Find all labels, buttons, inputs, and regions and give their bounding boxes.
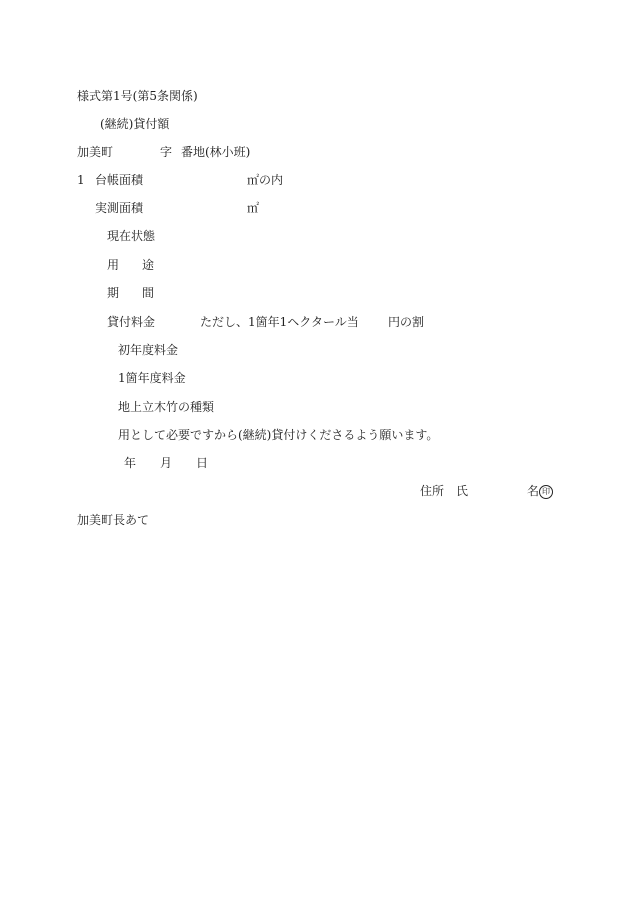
form-number: 様式第1号(第5条関係): [77, 89, 198, 103]
addressee: 加美町長あて: [77, 513, 149, 527]
annual-fee-label: 1箇年度料金: [118, 371, 186, 385]
ledger-area-unit: ㎡の内: [247, 173, 283, 187]
date-day: 日: [196, 456, 208, 470]
ledger-area-label: 台帳面積: [95, 173, 143, 187]
location-aza: 字: [160, 145, 172, 159]
first-year-fee-label: 初年度料金: [118, 343, 178, 357]
location-banchi: 番地(林小班): [181, 145, 250, 159]
date-month: 月: [160, 456, 172, 470]
seal-icon: 印: [539, 485, 553, 499]
applicant-name-suffix: 名印: [527, 484, 553, 499]
measured-area-unit: ㎡: [247, 201, 259, 215]
location-town: 加美町: [77, 145, 113, 159]
date-year: 年: [124, 456, 136, 470]
measured-area-label: 実測面積: [95, 201, 143, 215]
period-label-1: 期: [107, 286, 119, 300]
standing-trees-label: 地上立木竹の種類: [118, 400, 214, 414]
rental-fee-suffix: 円の割: [388, 315, 424, 329]
request-sentence: 用として必要ですから(継続)貸付けくださるよう願います。: [118, 428, 438, 442]
form-title: (継続)貸付額: [100, 117, 169, 131]
period-label-2: 間: [142, 286, 154, 300]
name-suffix-text: 名: [527, 484, 539, 498]
rental-fee-label: 貸付料金: [107, 315, 155, 329]
applicant-address-name: 住所 氏: [420, 484, 468, 498]
usage-label-2: 途: [142, 258, 154, 272]
current-status-label: 現在状態: [107, 229, 155, 243]
usage-label-1: 用: [107, 258, 119, 272]
rental-fee-note: ただし、1箇年1ヘクタール当: [200, 315, 359, 329]
item-number: 1: [77, 173, 85, 187]
